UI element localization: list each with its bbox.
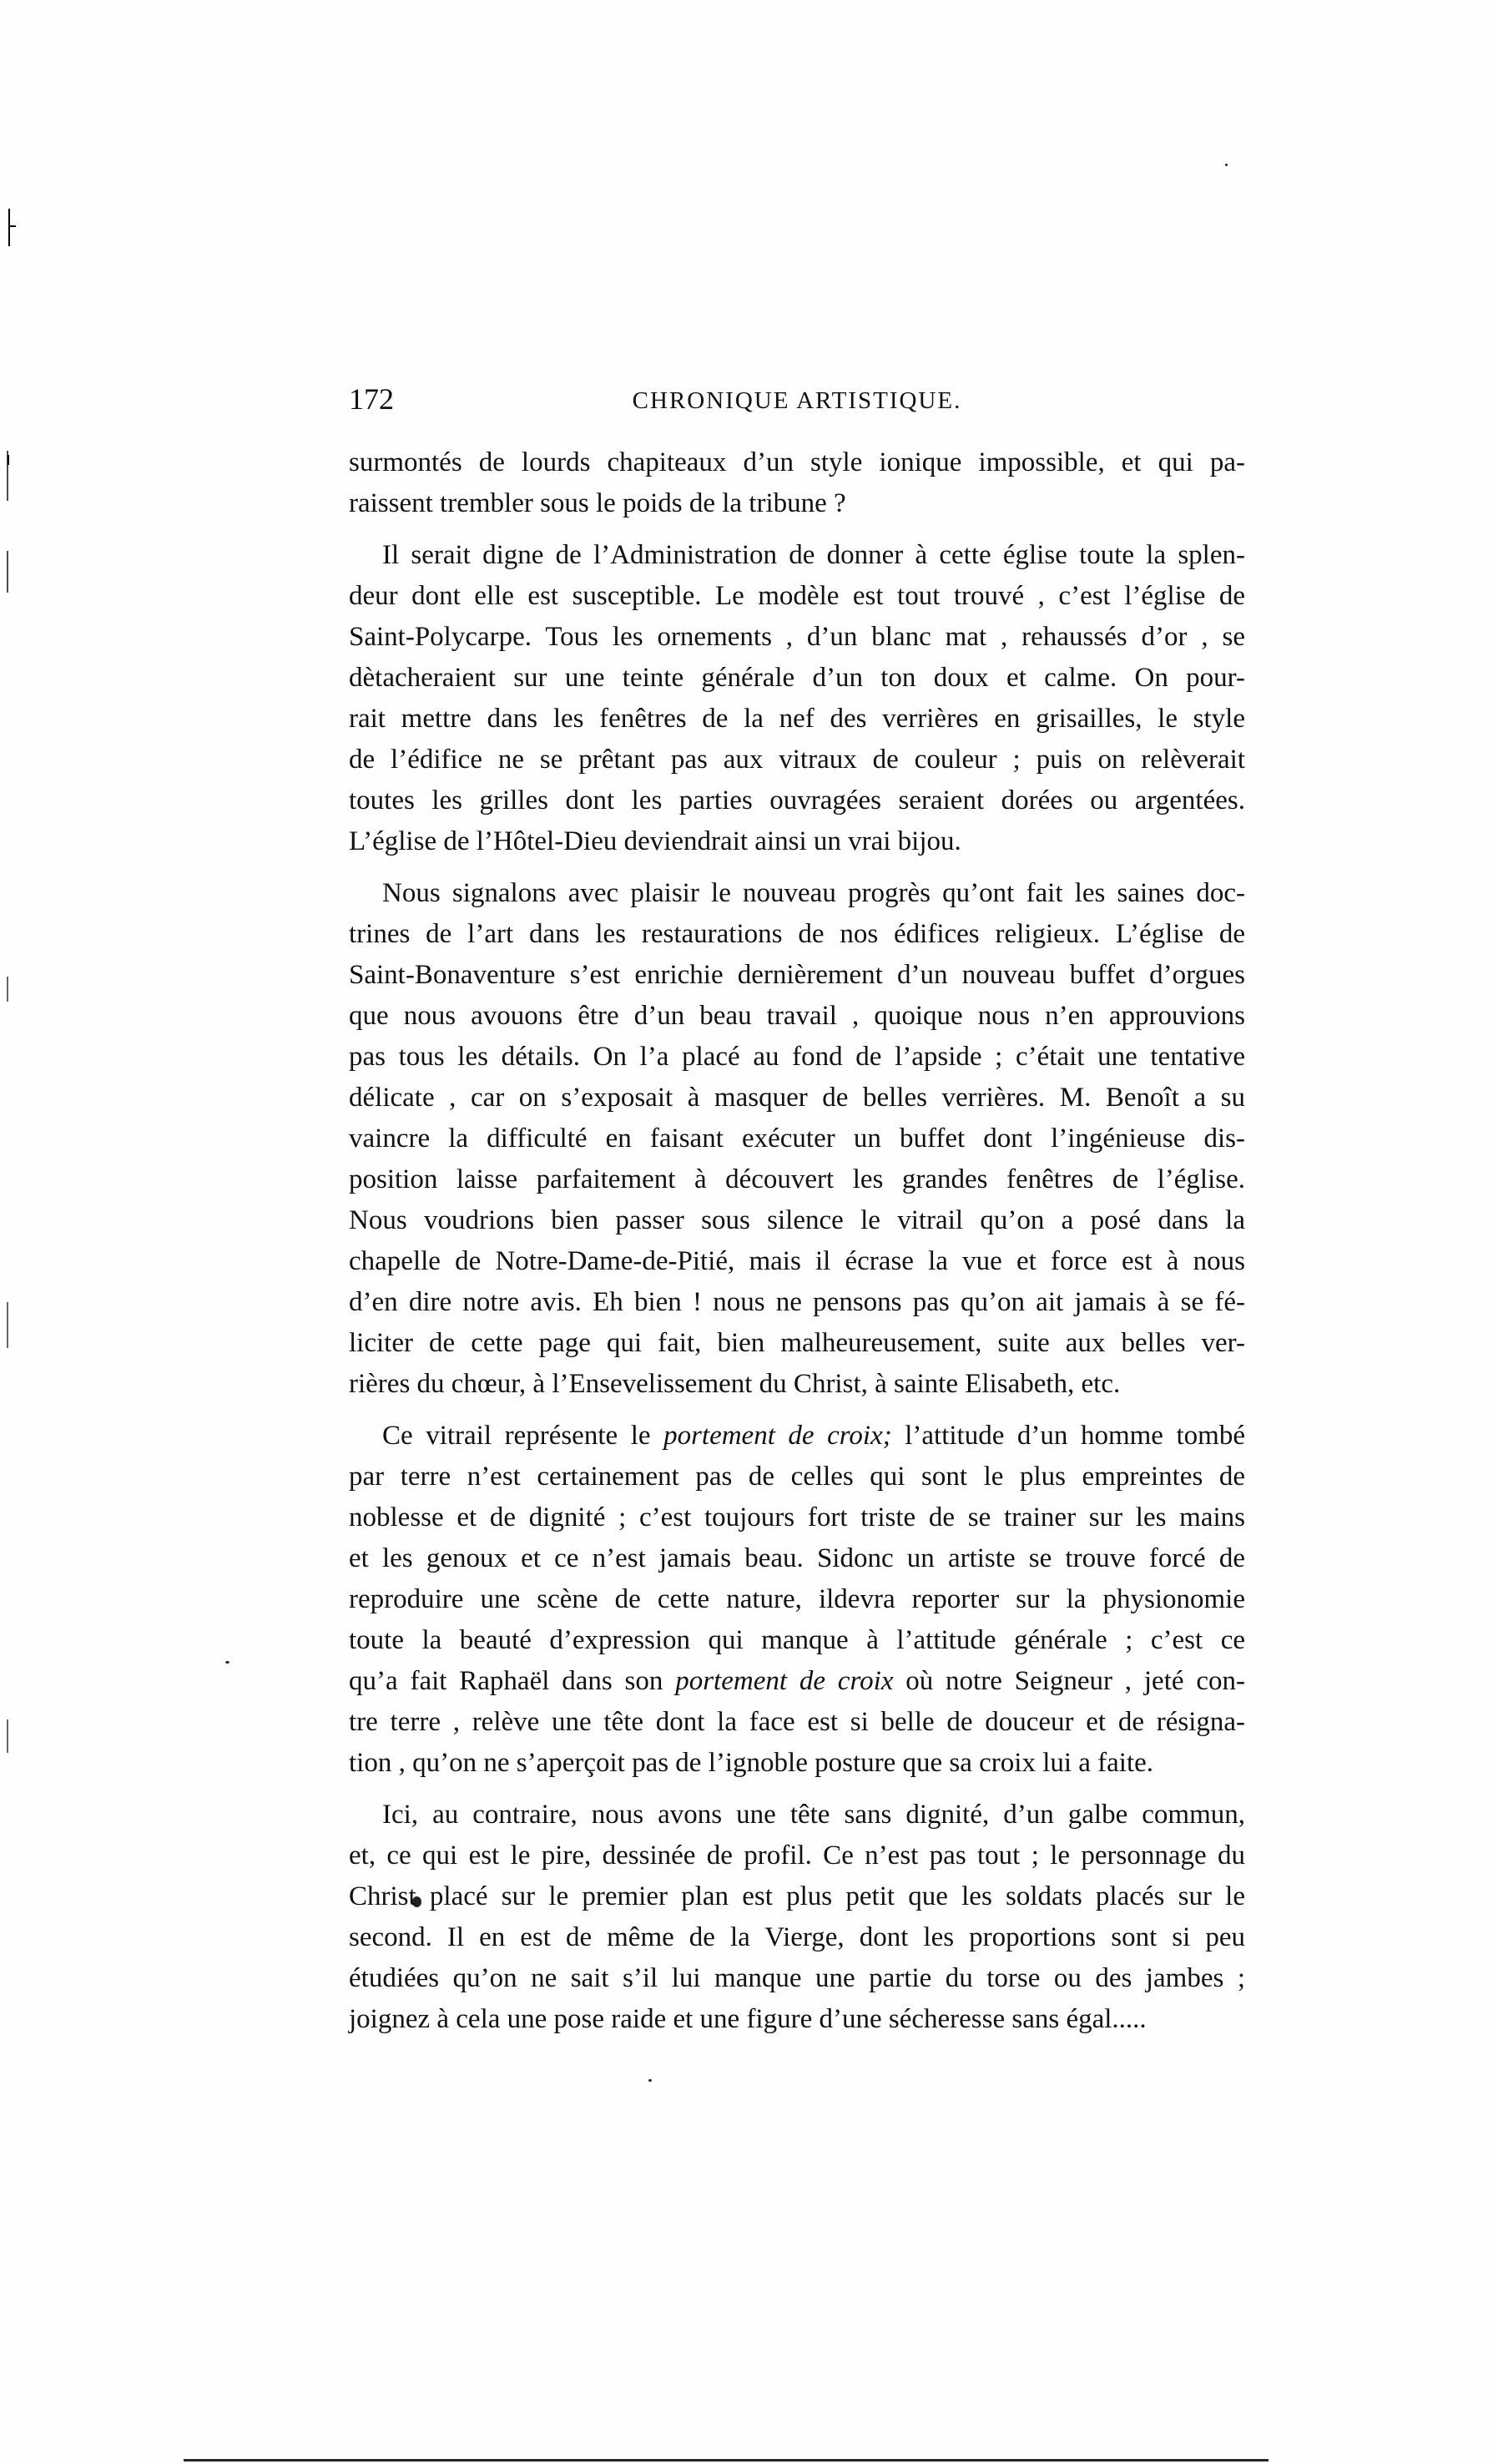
paragraph: surmontés de lourds chapiteaux d’un styl… [349,442,1245,524]
scan-edge-mark [7,1719,8,1753]
text-line: joignez à cela une pose raide et une fig… [349,1999,1245,2040]
scan-edge-mark [8,209,10,246]
text-line: tion , qu’on ne s’aperçoit pas de l’igno… [349,1743,1245,1784]
text-line: reproduire une scène de cette nature, il… [349,1579,1245,1620]
paragraph: Ce vitrail représente le portement de cr… [349,1416,1245,1784]
text-line: rait mettre dans les fenêtres de la nef … [349,699,1245,740]
text-line: position laisse parfaitement à découvert… [349,1159,1245,1200]
text-line: Nous voudrions bien passer sous silence … [349,1200,1245,1241]
text-line: Christ placé sur le premier plan est plu… [349,1876,1245,1917]
text-line: délicate , car on s’exposait à masquer d… [349,1078,1245,1118]
text-line: noblesse et de dignité ; c’est toujours … [349,1497,1245,1538]
scan-edge-mark [7,451,8,501]
text-line: chapelle de Notre-Dame-de-Pitié, mais il… [349,1241,1245,1282]
text-line: dètacheraient sur une teinte générale d’… [349,658,1245,699]
text-line: liciter de cette page qui fait, bien mal… [349,1323,1245,1364]
scan-edge-mark [7,977,8,1002]
paragraph: Nous signalons avec plaisir le nouveau p… [349,873,1245,1405]
text-line: rières du chœur, à l’Ensevelissement du … [349,1364,1245,1405]
scan-edge-mark [7,1302,8,1348]
text-line: et les genoux et ce n’est jamais beau. S… [349,1538,1245,1579]
body-text: surmontés de lourds chapiteaux d’un styl… [349,442,1245,2051]
paragraph: Il serait digne de l’Administration de d… [349,535,1245,862]
text-line: que nous avouons être d’un beau travail … [349,996,1245,1037]
ink-speck [1225,164,1228,166]
scanned-book-page: 172 CHRONIQUE ARTISTIQUE. surmontés de l… [0,0,1493,2464]
text-line: raissent trembler sous le poids de la tr… [349,483,1245,524]
text-line: trines de l’art dans les restaurations d… [349,914,1245,955]
text-run: Ce vitrail représente le [382,1421,663,1451]
scan-edge-mark [7,551,8,593]
text-line: Ici, au contraire, nous avons une tête s… [349,1795,1245,1835]
text-line: étudiées qu’on ne sait s’il lui manque u… [349,1958,1245,1999]
text-line: second. Il en est de même de la Vierge, … [349,1917,1245,1958]
scan-edge-mark [9,225,16,227]
ink-speck [225,1661,229,1664]
text-line: Ce vitrail représente le portement de cr… [349,1416,1245,1457]
text-line: toute la beauté d’expression qui manque … [349,1620,1245,1661]
text-line: L’église de l’Hôtel-Dieu deviendrait ain… [349,821,1245,862]
ink-speck [648,2079,652,2082]
text-line: Saint-Bonaventure s’est enrichie dernièr… [349,955,1245,996]
paragraph: Ici, au contraire, nous avons une tête s… [349,1795,1245,2040]
italic-title: portement de croix; [663,1421,892,1451]
text-line: et, ce qui est le pire, dessinée de prof… [349,1835,1245,1876]
text-line: deur dont elle est susceptible. Le modèl… [349,576,1245,617]
text-line: vaincre la difficulté en faisant exécute… [349,1118,1245,1159]
text-line: surmontés de lourds chapiteaux d’un styl… [349,442,1245,483]
text-line: tre terre , relève une tête dont la face… [349,1702,1245,1743]
text-run: l’attitude d’un homme tombé [892,1421,1245,1451]
text-line: Il serait digne de l’Administration de d… [349,535,1245,576]
text-line: Saint-Polycarpe. Tous les ornements , d’… [349,617,1245,658]
text-run: où notre Seigneur , jeté con- [893,1666,1245,1696]
text-line: de l’édifice ne se prêtant pas aux vitra… [349,740,1245,780]
text-line: par terre n’est certainement pas de cell… [349,1457,1245,1497]
italic-title: portement de croix [675,1666,893,1696]
text-line: qu’a fait Raphaël dans son portement de … [349,1661,1245,1702]
text-line: d’en dire notre avis. Eh bien ! nous ne … [349,1282,1245,1323]
running-title: CHRONIQUE ARTISTIQUE. [349,386,1245,416]
text-line: Nous signalons avec plaisir le nouveau p… [349,873,1245,914]
scan-edge-mark [184,2459,1269,2461]
text-run: qu’a fait Raphaël dans son [349,1666,675,1696]
text-line: pas tous les détails. On l’a placé au fo… [349,1037,1245,1078]
text-line: toutes les grilles dont les parties ouvr… [349,780,1245,821]
running-head: 172 CHRONIQUE ARTISTIQUE. [349,382,1245,416]
